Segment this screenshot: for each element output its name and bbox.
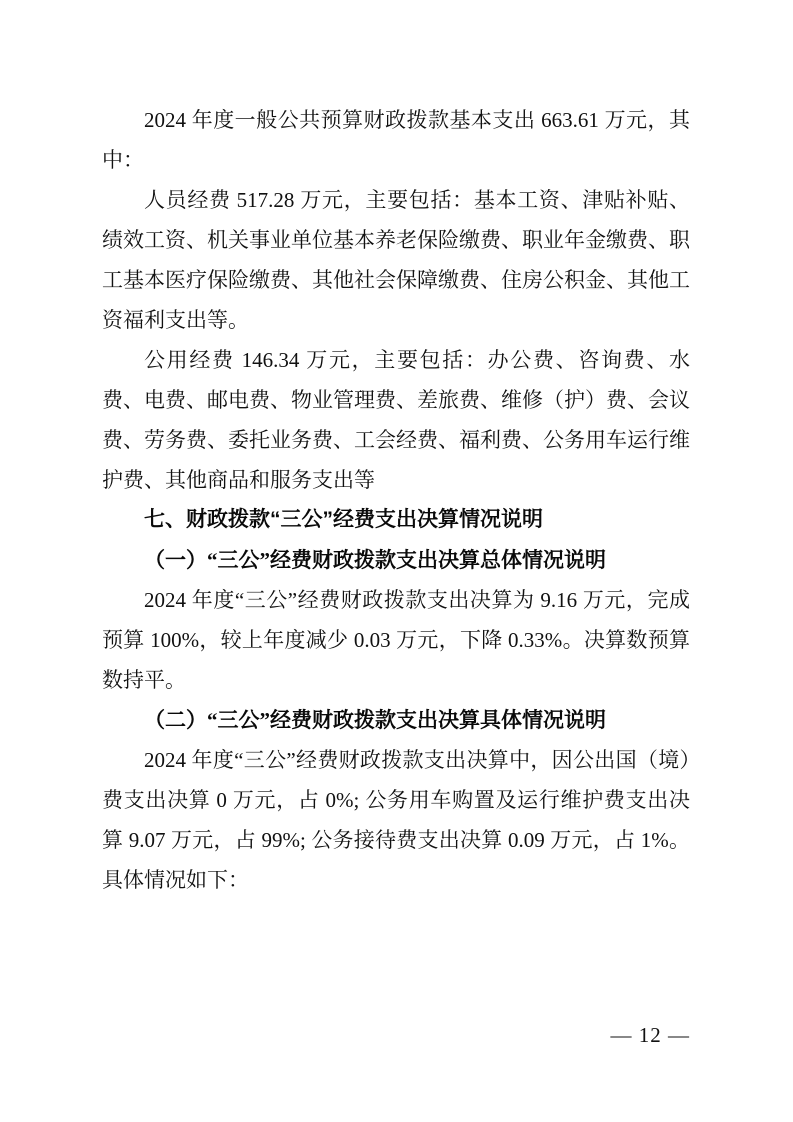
paragraph-sangong-detailed-figures: 2024 年度“三公”经费财政拨款支出决算中，因公出国（境）费支出决算 0 万元… <box>102 740 690 900</box>
paragraph-personnel-funds: 人员经费 517.28 万元，主要包括：基本工资、津贴补贴、绩效工资、机关事业单… <box>102 180 690 340</box>
page-number: — 12 — <box>611 1015 691 1055</box>
paragraph-basic-expenditure-intro: 2024 年度一般公共预算财政拨款基本支出 663.61 万元，其中： <box>102 100 690 180</box>
heading-sangong-detailed-situation: （二）“三公”经费财政拨款支出决算具体情况说明 <box>102 700 690 740</box>
heading-sangong-overall-situation: （一）“三公”经费财政拨款支出决算总体情况说明 <box>102 540 690 580</box>
document-body: 2024 年度一般公共预算财政拨款基本支出 663.61 万元，其中： 人员经费… <box>102 100 690 900</box>
paragraph-public-funds: 公用经费 146.34 万元，主要包括：办公费、咨询费、水费、电费、邮电费、物业… <box>102 340 690 500</box>
document-page: 2024 年度一般公共预算财政拨款基本支出 663.61 万元，其中： 人员经费… <box>0 0 793 1122</box>
heading-section-seven-sangong-expenses: 七、财政拨款“三公”经费支出决算情况说明 <box>102 500 690 540</box>
paragraph-sangong-overall-figures: 2024 年度“三公”经费财政拨款支出决算为 9.16 万元，完成预算 100%… <box>102 580 690 700</box>
